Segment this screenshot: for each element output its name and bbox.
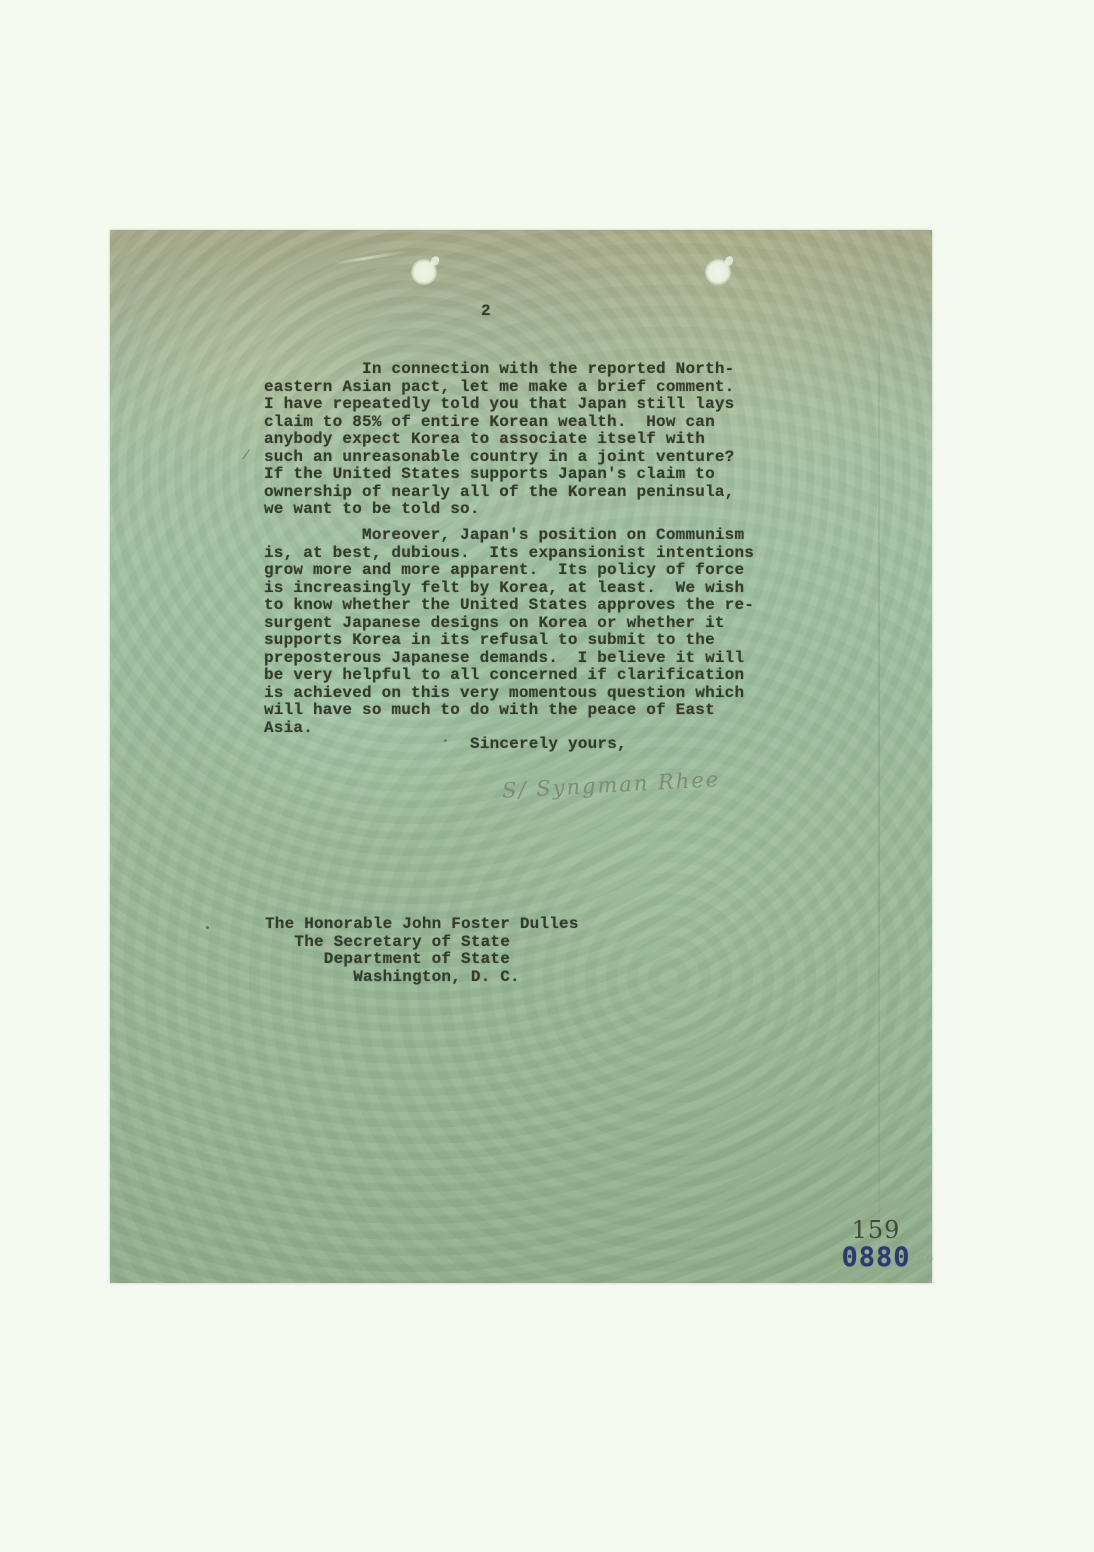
ink-speck: [444, 739, 447, 742]
letter-paragraph-1: In connection with the reported North- e…: [264, 361, 734, 519]
page-number: 2: [481, 303, 491, 321]
letter-paragraph-2: Moreover, Japan's position on Communism …: [264, 527, 754, 737]
paper-crease-line: [878, 285, 880, 1285]
scanned-letter-page: 2 / In connection with the reported Nort…: [110, 230, 932, 1283]
pencil-dot: [206, 926, 209, 929]
punch-hole-left: [411, 259, 437, 285]
punch-hole-right: [705, 259, 731, 285]
closing-salutation: Sincerely yours,: [470, 736, 627, 754]
scan-background: 2 / In connection with the reported Nort…: [0, 0, 1094, 1552]
recipient-address-block: The Honorable John Foster Dulles The Sec…: [265, 916, 579, 986]
margin-pencil-mark: /: [242, 448, 250, 463]
archive-number: 159: [836, 1216, 916, 1244]
